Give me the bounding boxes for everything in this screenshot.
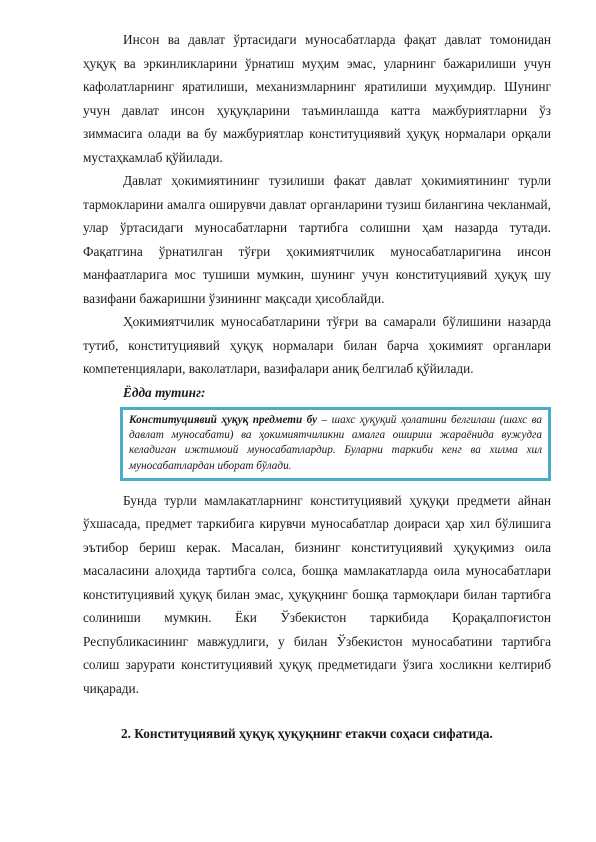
note-box: Конституциявий ҳуқуқ предмети бу – шахс … [120, 407, 551, 481]
section-heading: 2. Конституциявий ҳуқуқ ҳуқуқнинг етакчи… [83, 722, 551, 746]
paragraph-human-state-relations: Инсон ва давлат ўртасидаги муносабатлард… [83, 28, 551, 169]
paragraph-state-power-structure: Давлат ҳокимиятининг тузилиши факат давл… [83, 169, 551, 310]
note-term: Конституциявий ҳуқуқ предмети бу [129, 414, 317, 426]
paragraph-country-differences: Бунда турли мамлакатларнинг конституцияв… [83, 489, 551, 701]
paragraph-power-relations: Ҳокимиятчилик муносабатларини тўғри ва с… [83, 310, 551, 381]
document-page: Инсон ва давлат ўртасидаги муносабатлард… [83, 28, 551, 746]
note-label: Ёдда тутинг: [83, 381, 551, 405]
